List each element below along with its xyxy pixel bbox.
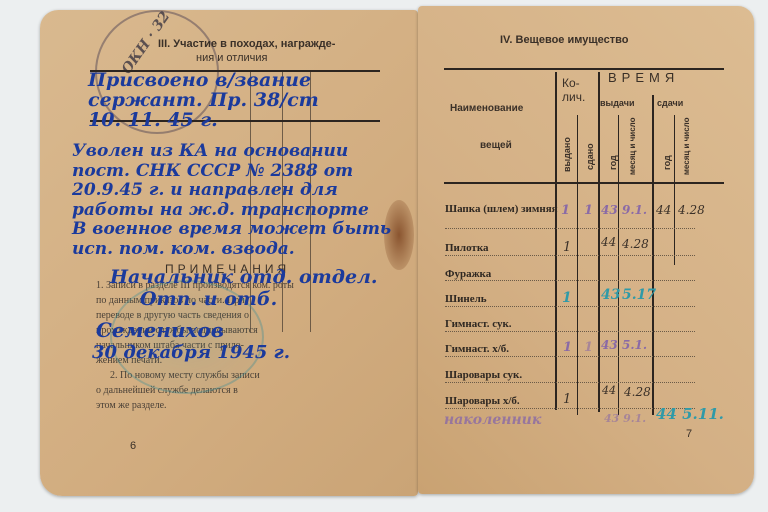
cell-return-date: 4.28 [678, 203, 705, 217]
row-label: Пилотка [445, 242, 489, 254]
row-label: Шаровары х/б. [445, 395, 520, 407]
cell-issue-date: 4.28 [622, 237, 649, 251]
handwritten-name: Семенихов [96, 318, 224, 342]
cell-issue-date: 5.1. [622, 338, 647, 352]
col-name-line2: вещей [480, 140, 512, 151]
row-divider [445, 228, 695, 229]
cell-issue-date: 4.28 [624, 385, 651, 399]
col-issue: выдачи [600, 98, 634, 108]
row-divider [445, 306, 695, 307]
row-label: Фуражка [445, 268, 491, 280]
section-title-line1: III. Участие в походах, награжде- [158, 38, 335, 50]
row-label: Шаровары сук. [445, 369, 522, 381]
col-divider [577, 115, 578, 415]
row-label: Гимнаст. х/б. [445, 343, 509, 355]
col-divider [555, 72, 557, 410]
cell-issued: 1 [563, 392, 571, 407]
section-title-right: IV. Вещевое имущество [500, 34, 628, 46]
table-top-rule [444, 68, 724, 70]
col-time: ВРЕМЯ [608, 70, 679, 85]
col-return-monthday: месяц и число [682, 115, 691, 175]
section-title-line2: ния и отличия [196, 52, 268, 64]
extra-item: наколенник [444, 412, 541, 428]
row-label: Гимнаст. сук. [445, 318, 512, 330]
cell-issued: 1 [563, 340, 572, 355]
handwritten-discharge-entry: Уволен из КА на основании пост. СНК СССР… [72, 142, 392, 259]
col-divider [618, 115, 619, 415]
col-qty: Ко-лич. [562, 76, 592, 104]
cell-issue-year: 43 [601, 338, 618, 352]
col-name-line1: Наименование [450, 103, 523, 114]
row-label: Шапка (шлем) зимняя [445, 203, 558, 216]
cell-issued: 1 [563, 240, 571, 255]
col-qty-returned: сдано [585, 130, 595, 170]
cell-issue-year: 43 [601, 287, 620, 303]
col-divider [598, 72, 600, 412]
cell-issue-date: 9.1. [622, 203, 647, 217]
cell-issue-year: 43 [601, 203, 618, 217]
cell-returned: 1 [584, 203, 593, 218]
row-divider [445, 331, 695, 332]
handwritten-date: 30 декабря 1945 г. [92, 342, 290, 363]
cell-issue-date: 5.17 [622, 287, 656, 303]
row-divider [445, 280, 695, 281]
table-header-rule [444, 182, 724, 184]
cell-issued: 1 [562, 290, 572, 306]
handwritten-signature-block: Начальник отд. отдел. Отп. и отб. [110, 266, 378, 310]
cell-return-year: 44 [656, 203, 671, 217]
cell-returned: 1 [584, 340, 593, 355]
row-divider [445, 255, 695, 256]
row-divider [445, 356, 695, 357]
cell-issued: 1 [561, 203, 570, 218]
col-issue-monthday: месяц и число [628, 115, 637, 175]
col-return-year: год [662, 145, 672, 170]
col-return: сдачи [657, 98, 683, 108]
col-divider [674, 115, 675, 265]
row-divider [445, 382, 695, 383]
extra-issue: 43 9.1. [604, 412, 646, 425]
cell-issue-year: 44 [602, 384, 616, 397]
col-issue-year: год [608, 145, 618, 170]
page-number-left: 6 [130, 440, 136, 452]
handwritten-rank-entry: Присвоено в/звание сержант. Пр. 38/ст 10… [88, 70, 388, 130]
page-number-right: 7 [686, 428, 692, 440]
cell-issue-year: 44 [601, 235, 616, 249]
col-qty-issued: выдано [562, 122, 572, 172]
extra-return: 44 5.11. [656, 405, 724, 423]
row-label: Шинель [445, 293, 487, 305]
